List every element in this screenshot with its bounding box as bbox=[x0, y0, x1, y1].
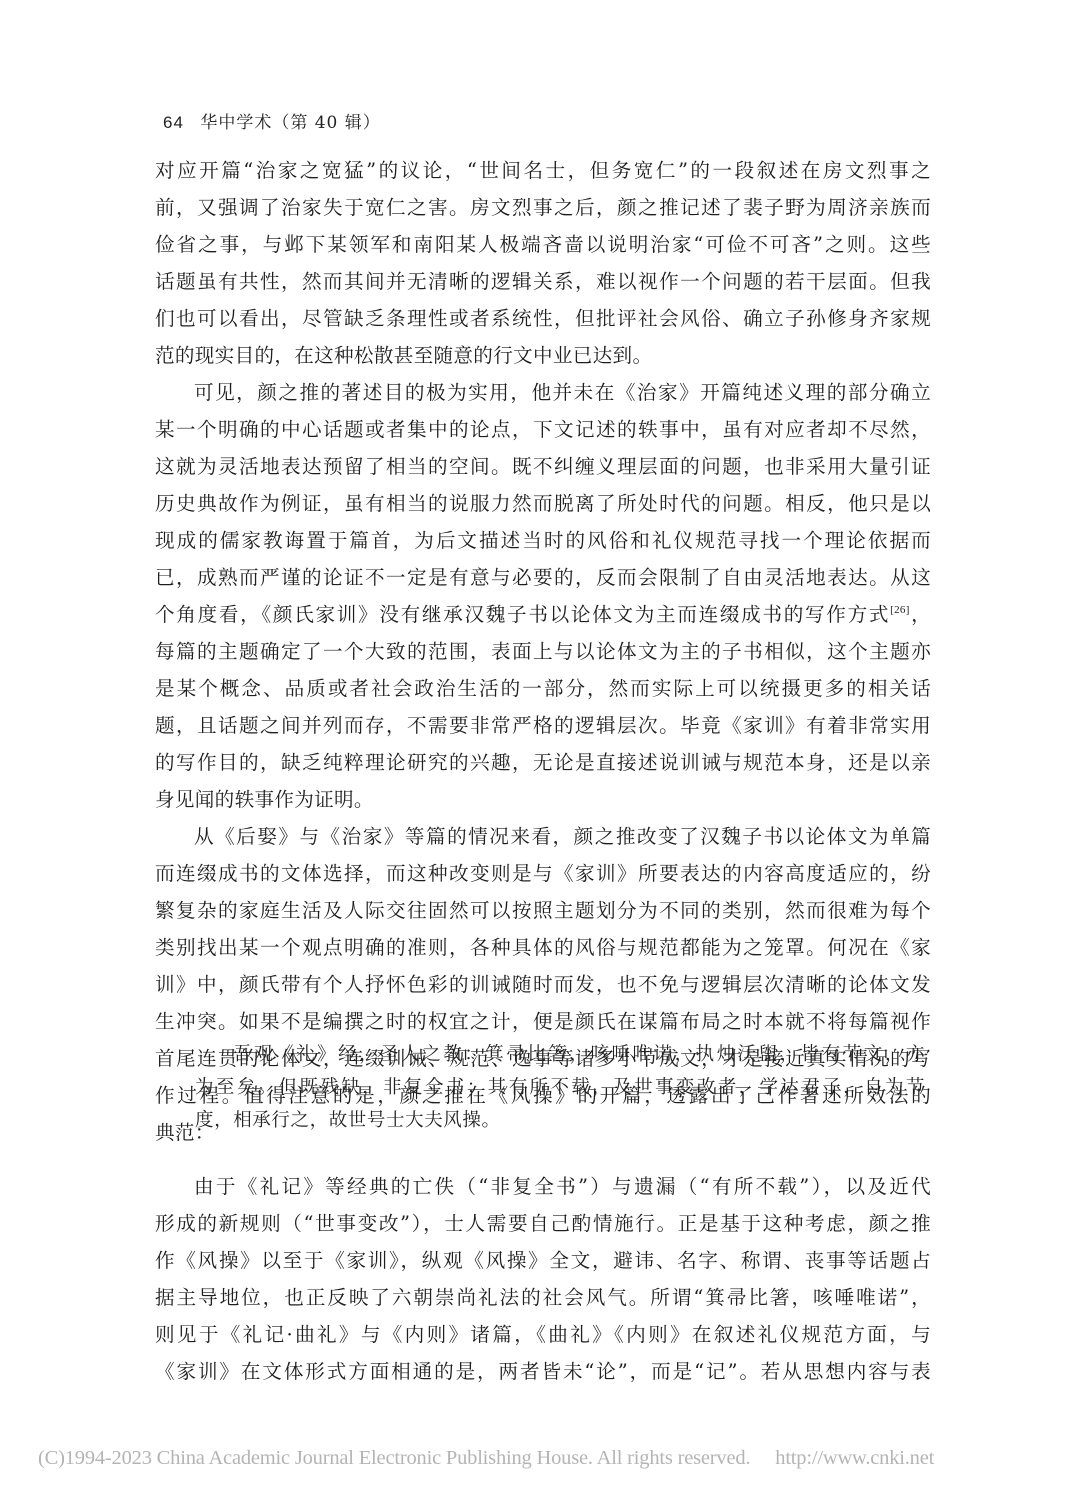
text-line: 前，又强调了治家失于宽仁之害。房文烈事之后，颜之推记述了裴子野为周济亲族而 bbox=[155, 189, 931, 226]
quote-line: 吾观《礼》经，圣人之教：箕帚比箸，咳唾唯诺，执烛沃盥，皆有节文，亦 bbox=[195, 1038, 925, 1071]
text-line: 从《后娶》与《治家》等篇的情况来看，颜之推改变了汉魏子书以论体文为单篇 bbox=[155, 818, 931, 855]
text-line-with-citation: 个角度看，《颜氏家训》没有继承汉魏子书以论体文为主而连缀成书的写作方式[26]， bbox=[155, 596, 931, 633]
paragraph-2: 可见，颜之推的著述目的极为实用，他并未在《治家》开篇纯述义理的部分确立 某一个明… bbox=[155, 374, 931, 818]
text-line: 繁复杂的家庭生活及人际交往固然可以按照主题划分为不同的类别，然而很难为每个 bbox=[155, 892, 931, 929]
text-line: 而连缀成书的文体选择，而这种改变则是与《家训》所要表达的内容高度适应的，纷 bbox=[155, 855, 931, 892]
text-line: 《家训》在文体形式方面相通的是，两者皆未“论”，而是“记”。若从思想内容与表 bbox=[155, 1353, 931, 1390]
page-number: 64 bbox=[163, 113, 184, 132]
cnki-url: http://www.cnki.net bbox=[775, 1447, 934, 1469]
text-line: 某一个明确的中心话题或者集中的论点，下文记述的轶事中，虽有对应者却不尽然， bbox=[155, 411, 931, 448]
quote-line: 为至矣。但既残缺，非复全书；其有所不载，及世事变改者，学达君子，自为节 bbox=[195, 1071, 925, 1104]
article-body: 对应开篇“治家之宽猛”的议论，“世间名士，但务宽仁”的一段叙述在房文烈事之 前，… bbox=[155, 152, 931, 1151]
text-line: 则见于《礼记·曲礼》与《内则》诸篇，《曲礼》《内则》在叙述礼仪规范方面，与 bbox=[155, 1316, 931, 1353]
journal-title: 华中学术（第 40 辑） bbox=[200, 113, 380, 133]
text-line: 形成的新规则（“世事变改”），士人需要自己酌情施行。正是基于这种考虑，颜之推 bbox=[155, 1205, 931, 1242]
text-line: 的写作目的，缺乏纯粹理论研究的兴趣，无论是直接述说训诫与规范本身，还是以亲 bbox=[155, 744, 931, 781]
text-line: 话题虽有共性，然而其间并无清晰的逻辑关系，难以视作一个问题的若干层面。但我 bbox=[155, 263, 931, 300]
text-line: 对应开篇“治家之宽猛”的议论，“世间名士，但务宽仁”的一段叙述在房文烈事之 bbox=[155, 152, 931, 189]
text-line: 每篇的主题确定了一个大致的范围，表面上与以论体文为主的子书相似，这个主题亦 bbox=[155, 633, 931, 670]
running-header: 64 华中学术（第 40 辑） bbox=[163, 108, 381, 133]
copyright-notice: (C)1994-2023 China Academic Journal Elec… bbox=[38, 1447, 750, 1469]
block-quote: 吾观《礼》经，圣人之教：箕帚比箸，咳唾唯诺，执烛沃盥，皆有节文，亦 为至矣。但既… bbox=[195, 1038, 925, 1137]
copyright-footer: (C)1994-2023 China Academic Journal Elec… bbox=[38, 1447, 934, 1470]
text-line: 范的现实目的，在这种松散甚至随意的行文中业已达到。 bbox=[155, 337, 931, 374]
paragraph-1: 对应开篇“治家之宽猛”的议论，“世间名士，但务宽仁”的一段叙述在房文烈事之 前，… bbox=[155, 152, 931, 374]
paragraph-4: 由于《礼记》等经典的亡佚（“非复全书”）与遗漏（“有所不载”），以及近代 形成的… bbox=[155, 1168, 931, 1390]
text-line: 由于《礼记》等经典的亡佚（“非复全书”）与遗漏（“有所不载”），以及近代 bbox=[155, 1168, 931, 1205]
quote-line: 度，相承行之，故世号士大夫风操。 bbox=[195, 1104, 925, 1137]
text-line: 类别找出某一个观点明确的准则，各种具体的风俗与规范都能为之笼罩。何况在《家 bbox=[155, 929, 931, 966]
text-line: 作《风操》以至于《家训》，纵观《风操》全文，避讳、名字、称谓、丧事等话题占 bbox=[155, 1242, 931, 1279]
text-line: 据主导地位，也正反映了六朝崇尚礼法的社会风气。所谓“箕帚比箸，咳唾唯诺”， bbox=[155, 1279, 931, 1316]
text-line: 这就为灵活地表达预留了相当的空间。既不纠缠义理层面的问题，也非采用大量引证 bbox=[155, 448, 931, 485]
text-line: 题，且话题之间并列而存，不需要非常严格的逻辑层次。毕竟《家训》有着非常实用 bbox=[155, 707, 931, 744]
text-line: 是某个概念、品质或者社会政治生活的一部分，然而实际上可以统摄更多的相关话 bbox=[155, 670, 931, 707]
text-line: 训》中，颜氏带有个人抒怀色彩的训诫随时而发，也不免与逻辑层次清晰的论体文发 bbox=[155, 966, 931, 1003]
text-line: 们也可以看出，尽管缺乏条理性或者系统性，但批评社会风俗、确立子孙修身齐家规 bbox=[155, 300, 931, 337]
text-line: 身见闻的轶事作为证明。 bbox=[155, 781, 931, 818]
citation-ref-26[interactable]: [26] bbox=[890, 604, 910, 616]
text-line: 已，成熟而严谨的论证不一定是有意与必要的，反而会限制了自由灵活地表达。从这 bbox=[155, 559, 931, 596]
text-line: 现成的儒家教诲置于篇首，为后文描述当时的风俗和礼仪规范寻找一个理论依据而 bbox=[155, 522, 931, 559]
text-line: 历史典故作为例证，虽有相当的说服力然而脱离了所处时代的问题。相反，他只是以 bbox=[155, 485, 931, 522]
text-line: 生冲突。如果不是编撰之时的权宜之计，便是颜氏在谋篇布局之时本就不将每篇视作 bbox=[155, 1003, 931, 1040]
text-segment: ， bbox=[910, 603, 931, 626]
text-line: 俭省之事，与邺下某领军和南阳某人极端吝啬以说明治家“可俭不可吝”之则。这些 bbox=[155, 226, 931, 263]
text-segment: 个角度看，《颜氏家训》没有继承汉魏子书以论体文为主而连缀成书的写作方式 bbox=[155, 603, 890, 626]
text-line: 可见，颜之推的著述目的极为实用，他并未在《治家》开篇纯述义理的部分确立 bbox=[155, 374, 931, 411]
